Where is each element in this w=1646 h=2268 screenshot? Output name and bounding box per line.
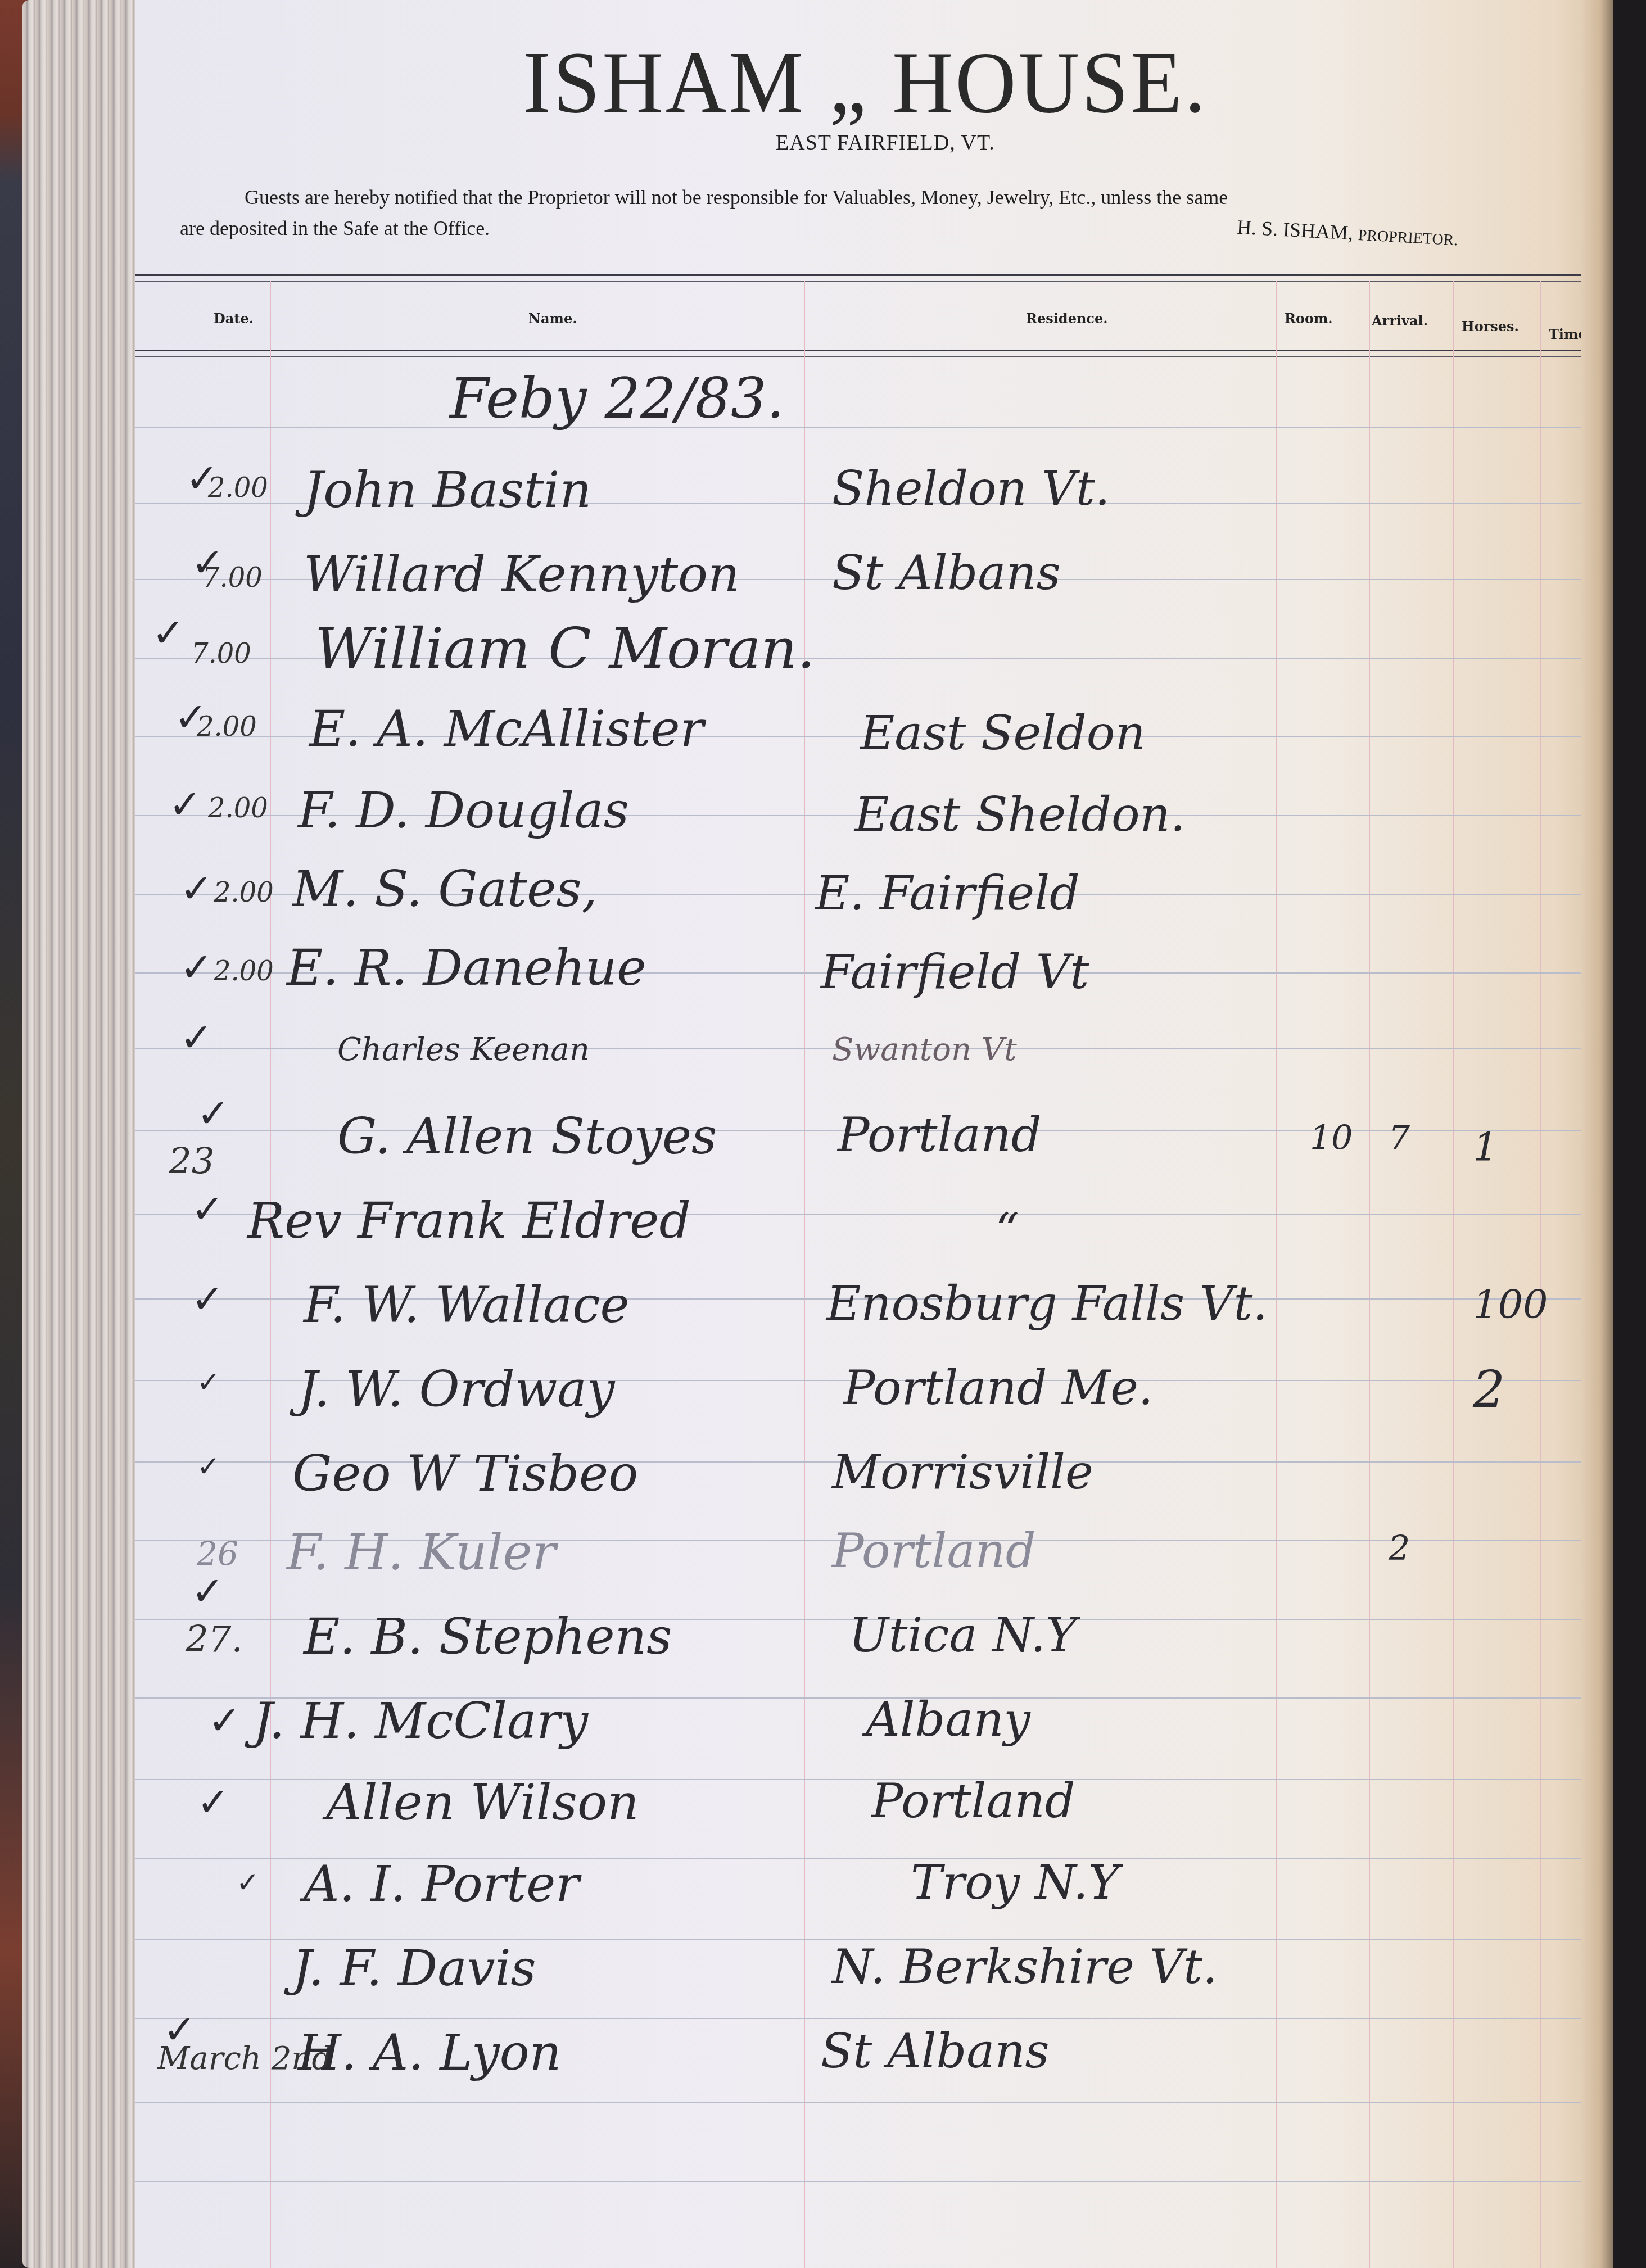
horses-value: 2 — [1473, 1360, 1505, 1419]
fee-note: 2.00 — [208, 472, 268, 504]
check-icon: ✓ — [197, 1366, 220, 1398]
guest-name: F. H. Kuler — [287, 1523, 556, 1581]
guest-residence: Fairfield Vt — [821, 944, 1089, 999]
guest-residence: Portland — [838, 1107, 1041, 1162]
col-arrival: Arrival. — [1372, 313, 1428, 329]
register-page: ISHAM „ HOUSE. EAST FAIRFIELD, VT. Guest… — [135, 0, 1613, 2268]
guest-name: F. D. Douglas — [298, 781, 629, 839]
guest-residence: Morrisville — [832, 1445, 1093, 1500]
arrival-value: 7 — [1389, 1119, 1410, 1158]
arrival-value: 2 — [1389, 1529, 1410, 1568]
guest-name: F. W. Wallace — [304, 1276, 630, 1334]
check-icon: ✓ — [191, 1568, 224, 1614]
fee-note: 7.00 — [191, 638, 251, 669]
fee-note: 7.00 — [202, 562, 263, 594]
guest-residence: Enosburg Falls Vt. — [826, 1276, 1268, 1331]
notice-line-2: are deposited in the Safe at the Office. — [180, 216, 490, 240]
guest-name: J. H. McClary — [253, 1692, 588, 1750]
guest-name: M. S. Gates, — [292, 860, 597, 918]
col-residence: Residence. — [1026, 310, 1108, 327]
guest-residence: Swanton Vt — [832, 1031, 1017, 1068]
guest-name: John Bastin — [304, 461, 591, 519]
guest-name: Geo W Tisbeo — [292, 1445, 638, 1502]
check-icon: ✓ — [197, 1450, 220, 1483]
guest-name: A. I. Porter — [304, 1855, 579, 1913]
guest-name: J. W. Ordway — [298, 1360, 614, 1418]
guest-residence: Portland — [832, 1523, 1035, 1578]
entry-date: 27. — [186, 1619, 243, 1660]
check-icon: ✓ — [152, 610, 185, 656]
guest-name: Willard Kennyton — [304, 545, 740, 603]
page-stack-edge — [22, 0, 138, 2268]
check-icon: ✓ — [191, 1276, 224, 1322]
guest-name: E. A. McAllister — [309, 700, 704, 758]
guest-name: Allen Wilson — [326, 1773, 639, 1831]
fee-note: 2.00 — [208, 793, 268, 824]
guest-residence: E. Fairfield — [815, 866, 1080, 921]
check-icon: ✓ — [180, 866, 213, 912]
guest-residence: Troy N.Y — [911, 1855, 1119, 1910]
guest-residence: “ — [995, 1203, 1019, 1258]
guest-name: H. A. Lyon — [298, 2023, 561, 2081]
guest-residence: Portland — [871, 1773, 1075, 1828]
guest-residence: Portland Me. — [843, 1360, 1154, 1415]
header-rule-bottom — [135, 350, 1613, 357]
horses-value: 1 — [1473, 1124, 1498, 1170]
check-icon: ✓ — [208, 1697, 241, 1744]
guest-name: E. R. Danehue — [287, 939, 646, 997]
fee-note: 2.00 — [214, 877, 274, 908]
hotel-location: EAST FAIRFIELD, VT. — [776, 130, 995, 155]
proprietor-title: PROPRIETOR. — [1358, 227, 1458, 249]
guest-name: J. F. Davis — [292, 1939, 536, 1997]
check-icon: ✓ — [180, 944, 213, 990]
check-icon: ✓ — [197, 1779, 230, 1825]
check-icon: ✓ — [180, 1015, 213, 1061]
proprietor-signature: H. S. ISHAM, PROPRIETOR. — [1236, 215, 1458, 251]
notice-line-1: Guests are hereby notified that the Prop… — [245, 185, 1613, 209]
col-date: Date. — [214, 310, 254, 327]
guest-name: E. B. Stephens — [304, 1608, 672, 1665]
date-heading: Feby 22/83. — [450, 365, 784, 431]
guest-residence: Albany — [866, 1692, 1030, 1747]
horses-value: 100 — [1473, 1282, 1548, 1328]
guest-residence: East Seldon — [860, 705, 1146, 760]
check-icon: ✓ — [169, 781, 202, 827]
room-number: 10 — [1310, 1119, 1353, 1158]
hotel-title: ISHAM „ HOUSE. — [523, 31, 1254, 133]
check-icon: ✓ — [236, 1866, 260, 1899]
fee-note: 2.00 — [214, 956, 274, 987]
guest-name: Rev Frank Eldred — [247, 1192, 691, 1250]
fee-note: 2.00 — [197, 711, 257, 743]
header-rule-top — [135, 274, 1613, 282]
entry-date: 23 — [169, 1141, 214, 1183]
col-room: Room. — [1285, 310, 1333, 327]
guest-residence: St Albans — [832, 545, 1061, 600]
guest-residence: N. Berkshire Vt. — [832, 1939, 1218, 1994]
guest-residence: St Albans — [821, 2023, 1050, 2079]
guest-residence: East Sheldon. — [854, 787, 1185, 842]
col-horses: Horses. — [1462, 318, 1519, 334]
check-icon: ✓ — [197, 1090, 230, 1137]
guest-residence: Utica N.Y — [849, 1608, 1077, 1663]
guest-name: G. Allen Stoyes — [337, 1107, 717, 1165]
col-name: Name. — [528, 310, 577, 327]
page-curl — [1581, 0, 1613, 2268]
proprietor-name: H. S. ISHAM, — [1236, 216, 1354, 245]
guest-residence: Sheldon Vt. — [832, 461, 1110, 516]
entry-date: 26 — [197, 1534, 238, 1573]
guest-name: Charles Keenan — [337, 1031, 590, 1068]
guest-name: William C Moran. — [315, 615, 815, 681]
check-icon: ✓ — [191, 1186, 224, 1232]
